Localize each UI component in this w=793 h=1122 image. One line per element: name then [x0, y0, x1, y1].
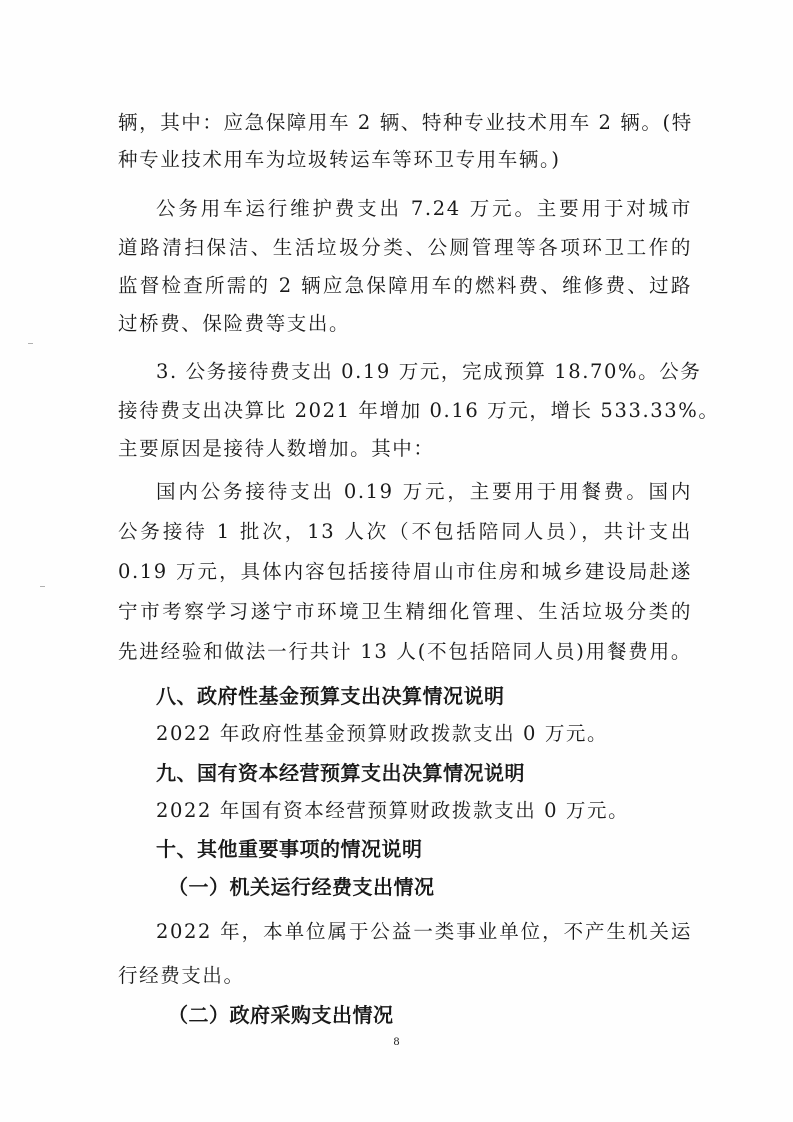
text-line: 宁市考察学习遂宁市环境卫生精细化管理、生活垃圾分类的: [118, 599, 692, 625]
subsection-heading: （一）机关运行经费支出情况: [168, 874, 435, 900]
section-heading: 十、其他重要事项的情况说明: [156, 836, 423, 862]
section-heading: 八、政府性基金预算支出决算情况说明: [156, 683, 505, 709]
text-line: 道路清扫保洁、生活垃圾分类、公厕管理等各项环卫工作的: [118, 235, 692, 261]
subsection-heading: （二）政府采购支出情况: [168, 1002, 394, 1028]
text-line: 国内公务接待支出 0.19 万元，主要用于用餐费。国内: [156, 479, 692, 505]
scan-mark: [40, 586, 45, 587]
text-line: 过桥费、保险费等支出。: [118, 311, 692, 337]
text-line: 主要原因是接待人数增加。其中：: [118, 436, 692, 462]
text-line: 监督检查所需的 2 辆应急保障用车的燃料费、维修费、过路: [118, 273, 692, 299]
text-line: 种专业技术用车为垃圾转运车等环卫专用车辆。): [118, 147, 692, 173]
page-number: 8: [0, 1034, 793, 1049]
text-line: 接待费支出决算比 2021 年增加 0.16 万元，增长 533.33%。: [118, 398, 692, 424]
section-body: 2022 年国有资本经营预算财政拨款支出 0 万元。: [156, 798, 692, 824]
text-line: 2022 年，本单位属于公益一类事业单位，不产生机关运: [156, 919, 692, 945]
text-line: 3. 公务接待费支出 0.19 万元，完成预算 18.70%。公务: [156, 359, 692, 385]
document-page: 辆，其中：应急保障用车 2 辆、特种专业技术用车 2 辆。(特 种专业技术用车为…: [0, 0, 793, 1122]
text-line: 辆，其中：应急保障用车 2 辆、特种专业技术用车 2 辆。(特: [118, 110, 692, 136]
text-line: 0.19 万元，具体内容包括接待眉山市住房和城乡建设局赴遂: [118, 559, 692, 585]
section-body: 2022 年政府性基金预算财政拨款支出 0 万元。: [156, 721, 692, 747]
text-line: 公务接待 1 批次，13 人次（不包括陪同人员），共计支出: [118, 519, 692, 545]
text-line: 公务用车运行维护费支出 7.24 万元。主要用于对城市: [156, 196, 692, 222]
text-line: 先进经验和做法一行共计 13 人(不包括陪同人员)用餐费用。: [118, 639, 692, 665]
section-heading: 九、国有资本经营预算支出决算情况说明: [156, 760, 525, 786]
text-line: 行经费支出。: [118, 963, 692, 989]
scan-mark: [28, 343, 33, 344]
